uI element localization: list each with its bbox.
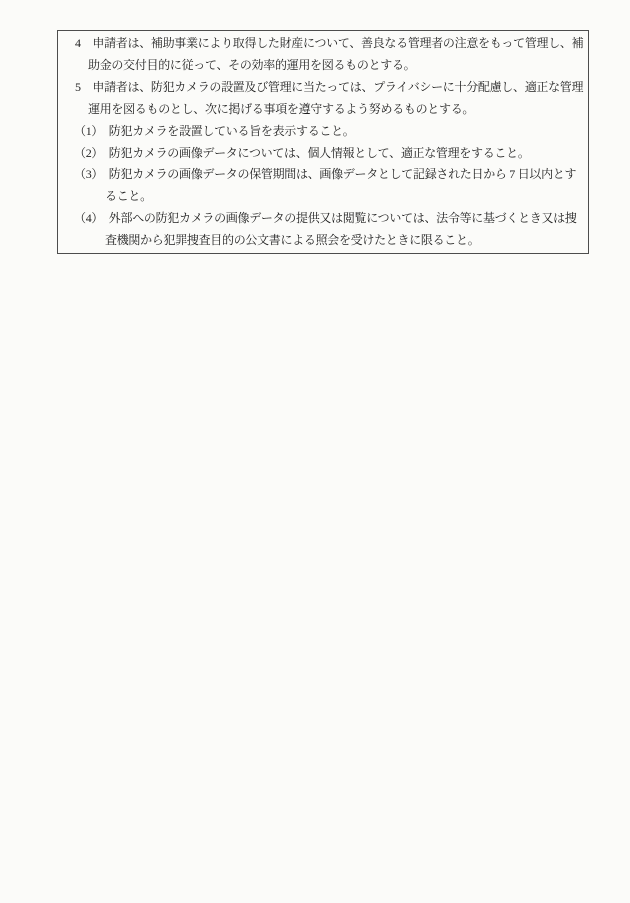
- text-line-item-5: 5 申請者は、防犯カメラの設置及び管理に当たっては、プライバシーに十分配慮し、適…: [75, 77, 588, 99]
- text-line-subitem-2: （2） 防犯カメラの画像データについては、個人情報として、適正な管理をすること。: [74, 143, 588, 165]
- text-line-subitem-3-cont: ること。: [105, 186, 588, 208]
- document-page: 4 申請者は、補助事業により取得した財産について、善良なる管理者の注意をもって管…: [0, 0, 630, 903]
- text-line-subitem-3: （3） 防犯カメラの画像データの保管期間は、画像データとして記録された日から 7…: [74, 164, 588, 186]
- text-line-item-4-cont: 助金の交付目的に従って、その効率的運用を図るものとする。: [88, 55, 588, 77]
- notice-box: 4 申請者は、補助事業により取得した財産について、善良なる管理者の注意をもって管…: [57, 30, 589, 254]
- text-line-item-4: 4 申請者は、補助事業により取得した財産について、善良なる管理者の注意をもって管…: [75, 33, 588, 55]
- text-line-item-5-cont: 運用を図るものとし、次に掲げる事項を遵守するよう努めるものとする。: [88, 99, 588, 121]
- text-line-subitem-4: （4） 外部への防犯カメラの画像データの提供又は閲覧については、法令等に基づくと…: [74, 208, 588, 230]
- text-line-subitem-4-cont: 査機関から犯罪捜査目的の公文書による照会を受けたときに限ること。: [105, 230, 588, 252]
- text-line-subitem-1: （1） 防犯カメラを設置している旨を表示すること。: [74, 121, 588, 143]
